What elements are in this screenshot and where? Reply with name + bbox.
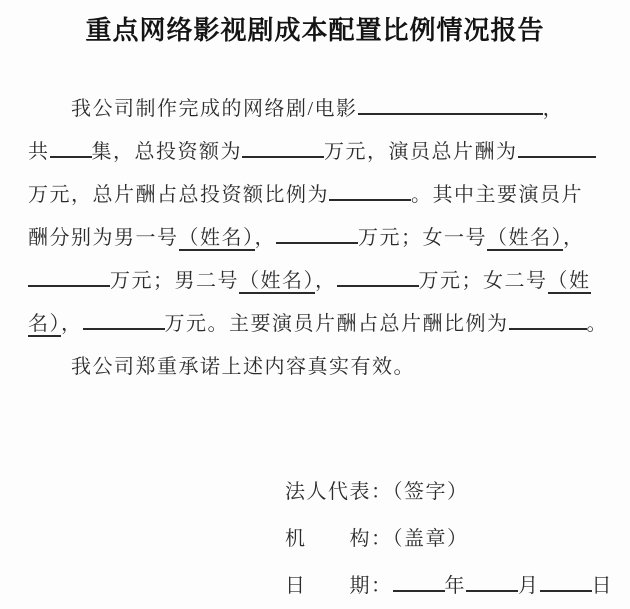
pay-ratio-label: 万元，总片酬占总投资额比例为 [28, 184, 329, 206]
month-label: 月 [518, 575, 540, 597]
female-lead-2-pay-blank [83, 327, 165, 330]
main-cast-ratio-blank [509, 327, 587, 330]
male-lead-2-name-placeholder: （姓名） [239, 270, 315, 294]
organization-label: 机 构：（盖章） [285, 528, 469, 550]
legal-representative-line: 法人代表：（签字） [285, 469, 630, 516]
organization-line: 机 构：（盖章） [285, 516, 630, 563]
day-label: 日 [592, 575, 614, 597]
signature-block: 法人代表：（签字）机 构：（盖章）日 期：年月日 [0, 469, 630, 609]
punctuation: ， [255, 227, 277, 249]
date-day-blank [540, 589, 592, 592]
total-cast-pay-label: 万元，演员总片酬为 [324, 141, 518, 163]
male-lead-2-label: 万元；男二号 [110, 270, 239, 292]
female-lead-2-name-placeholder-part2: 名） [28, 313, 61, 337]
legal-representative-label: 法人代表：（签字） [285, 481, 469, 503]
punctuation: 。 [587, 313, 609, 335]
total-investment-blank [242, 155, 324, 158]
male-lead-1-name-placeholder: （姓名） [179, 227, 255, 251]
punctuation: ， [563, 227, 585, 249]
body-line-6: 名），万元。主要演员片酬占总片酬比例为。 [28, 303, 602, 346]
female-lead-1-label: 万元；女一号 [358, 227, 487, 249]
female-lead-2-name-placeholder-part1: （姓 [548, 270, 591, 294]
drama-title-blank [358, 112, 543, 115]
male-lead-2-pay-blank [337, 284, 419, 287]
date-line: 日 期：年月日 [285, 563, 630, 609]
date-year-blank [393, 589, 445, 592]
body-line-5: 万元；男二号（姓名），万元；女二号（姓 [28, 260, 602, 303]
body-line-4: 酬分别为男一号（姓名），万元；女一号（姓名）， [28, 217, 602, 260]
date-label: 日 期： [285, 575, 393, 597]
report-document: 重点网络影视剧成本配置比例情况报告 我公司制作完成的网络剧/电影，共集，总投资额… [0, 0, 630, 609]
date-month-blank [466, 589, 518, 592]
female-lead-1-pay-blank [28, 284, 110, 287]
intro-text: 我公司制作完成的网络剧/电影 [71, 98, 358, 120]
female-lead-2-label: 万元；女二号 [419, 270, 548, 292]
punctuation: ， [543, 98, 565, 120]
commitment-statement: 我公司郑重承诺上述内容真实有效。 [71, 356, 415, 378]
male-lead-1-label: 酬分别为男一号 [28, 227, 179, 249]
total-investment-label: 集，总投资额为 [92, 141, 243, 163]
punctuation: ， [61, 313, 83, 335]
body-line-2: 共集，总投资额为万元，演员总片酬为 [28, 131, 602, 174]
year-label: 年 [445, 575, 467, 597]
episode-count-label: 共 [28, 141, 50, 163]
report-body: 我公司制作完成的网络剧/电影，共集，总投资额为万元，演员总片酬为万元，总片酬占总… [28, 88, 602, 389]
punctuation: ， [315, 270, 337, 292]
female-lead-1-name-placeholder: （姓名） [487, 227, 563, 251]
main-cast-intro-text: 。其中主要演员片 [411, 184, 583, 206]
body-line-3: 万元，总片酬占总投资额比例为。其中主要演员片 [28, 174, 602, 217]
body-line-1: 我公司制作完成的网络剧/电影， [28, 88, 602, 131]
male-lead-1-pay-blank [276, 241, 358, 244]
total-cast-pay-blank [518, 155, 596, 158]
report-title: 重点网络影视剧成本配置比例情况报告 [0, 0, 630, 48]
main-cast-ratio-label: 万元。主要演员片酬占总片酬比例为 [165, 313, 509, 335]
body-line-7: 我公司郑重承诺上述内容真实有效。 [28, 346, 602, 389]
pay-ratio-blank [329, 198, 411, 201]
episode-count-blank [50, 155, 92, 158]
